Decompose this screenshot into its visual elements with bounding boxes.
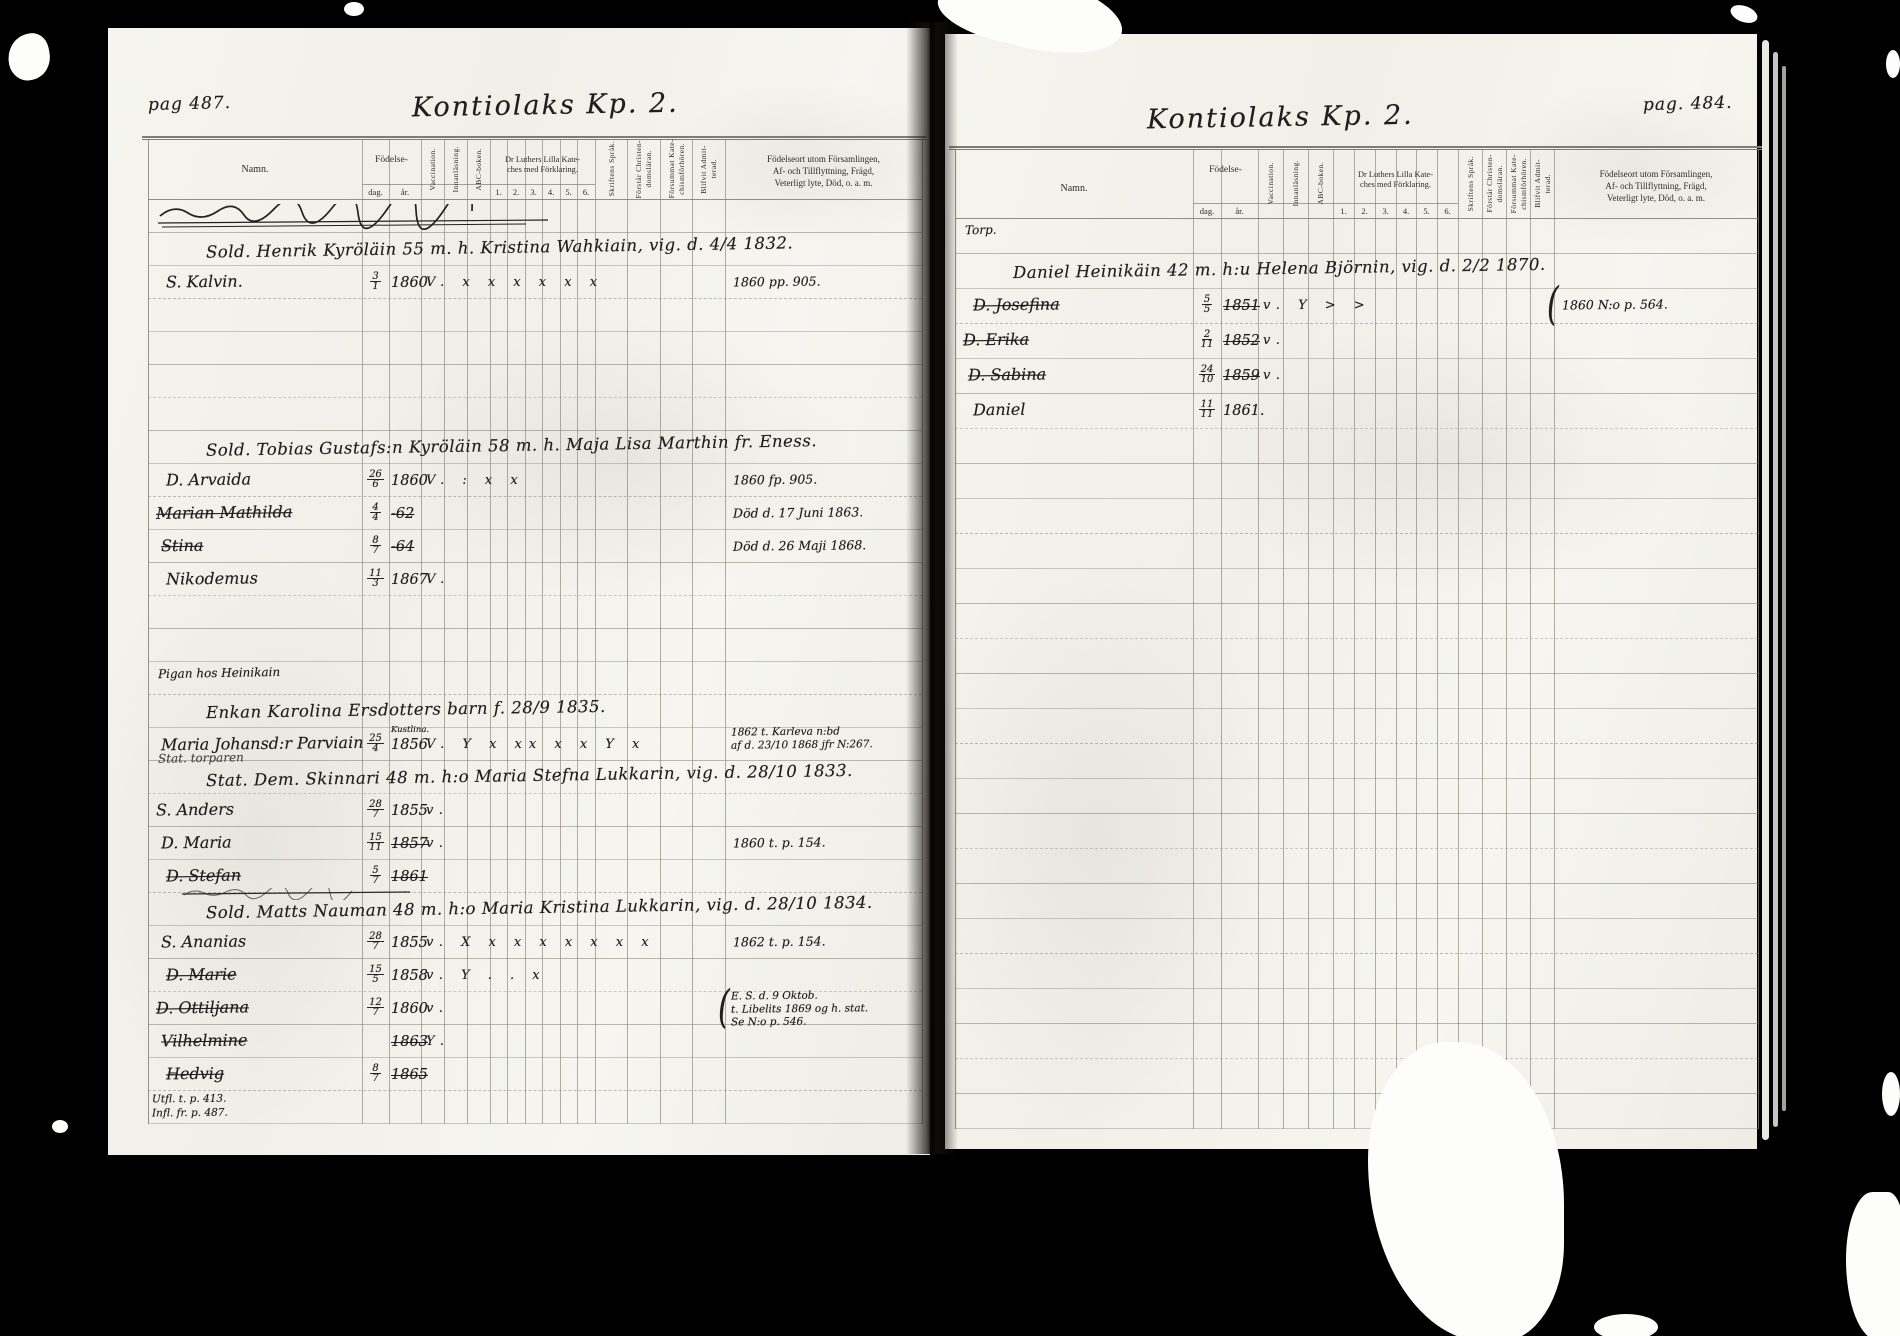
family-header-row: Stat. Dem. Skinnari 48 m. h:o Maria Stef… [206,761,853,790]
scan-artifact [1886,50,1900,78]
row-rule [955,883,1758,884]
note-text: 1862 t. p. 154. [733,934,826,950]
scan-artifact [4,30,55,84]
examination-marks: V. x x x x x x [426,275,604,290]
header-vertical-label: Förstår Christen-domsläran. [627,142,660,196]
examination-marks: V. : x x [426,473,525,488]
header-vertical-label: Förstår Christen-domsläran. [1482,152,1506,215]
birth-year-value: 1861. [1223,403,1265,419]
birth-day-value: 266 [363,470,388,489]
family-header-row: Enkan Karolina Ersdotters barn f. 28/9 1… [206,697,606,722]
header-birth-label: Födelse- [1193,162,1258,178]
birth-day-value: 31 [363,272,388,291]
row-rule [955,533,1758,535]
book-gutter-shadow [906,22,958,1154]
entry-name: S. Ananias [161,931,246,951]
entry-name: S. Kalvin. [166,272,243,292]
row-rule [955,323,1758,325]
birth-day-value: 55 [1194,295,1220,314]
entry-name: D. Maria [161,833,232,853]
header-catechism-number: 2. [1354,203,1375,219]
header-birth-year-label: år. [389,184,421,200]
entry-name: S. Anders [156,800,234,820]
header-top-rule [142,136,926,138]
header-vertical-label: Innanläsning. [1283,152,1308,215]
birth-year-value: 1863 [391,1034,428,1050]
header-vertical-label: Innanläsning. [444,142,467,196]
note-brace: ( [1547,278,1559,331]
small-annotation: Torp. [965,223,997,238]
examination-marks: V. [426,572,451,587]
column-rule [660,140,661,1124]
header-vertical-label-text: chismförhören. [1519,158,1528,210]
header-name-label: Namn. [955,177,1193,201]
column-rule [627,140,628,1124]
note-text: 1860 N:o p. 564. [1562,296,1668,312]
row-rule [955,953,1758,955]
header-catechism-number: 6. [577,184,595,200]
header-birth-label: Födelse- [362,152,421,168]
row-rule [148,1123,922,1124]
left-page: pag 487. Kontiolaks Kp. 2. Namn.Födelse-… [108,28,930,1155]
scan-artifact [1846,1192,1900,1336]
row-rule [955,393,1758,394]
row-rule [148,364,922,365]
note-text: Död d. 17 Juni 1863. [733,504,863,520]
entry-name: D. Stefan [166,866,241,886]
row-rule [148,529,922,530]
header-name-label: Namn. [148,158,362,182]
row-rule [955,1023,1758,1024]
page-edge-strip [1762,40,1769,1140]
header-vertical-label-text: Vaccination. [1266,162,1275,205]
row-rule [955,918,1758,919]
header-top-rule [949,149,1762,150]
row-rule [955,428,1758,430]
row-rule [148,661,922,662]
birth-year-value: 1857 [391,836,428,852]
row-rule [148,463,922,464]
examination-marks: v. [1263,333,1287,348]
birth-year-value: 1856 [391,737,428,753]
note-text: 1860 t. p. 154. [733,835,826,851]
row-rule [148,859,922,860]
birth-year-value: 1855 [391,803,428,819]
examination-marks: v. [426,803,450,818]
birth-day-value: 211 [1194,330,1220,349]
birth-year-value: 1860 [391,275,428,291]
note-brace: ( [718,981,730,1034]
page-edge-strip [1782,66,1786,1111]
entry-name: D. Marie [166,965,237,985]
header-catechism-label: Dr Luthers Lilla Kate-ches med Förklarin… [491,148,594,182]
column-rule [389,140,390,1124]
row-rule [955,498,1758,499]
entry-name: Vilhelmine [161,1030,248,1050]
row-rule [148,694,922,696]
header-vertical-label-text: Skriftens Språk. [1466,156,1475,211]
illegible-place-scrawl [156,204,556,230]
header-vertical-label: ABC-boken. [1308,152,1333,215]
header-vertical-label-text: Innanläsning. [451,146,460,192]
header-catechism-number: 6. [1437,203,1458,219]
marginal-note-line: Infl. fr. p. 487. [152,1107,228,1120]
header-birth-year-label: år. [1221,203,1258,219]
right-page: pag. 484. Kontiolaks Kp. 2. Namn.Födelse… [945,34,1757,1149]
scan-artifact [344,2,364,16]
entry-name: D. Erika [963,330,1029,350]
birth-day-value: 113 [363,569,388,588]
row-rule [148,232,922,233]
column-rule [1758,150,1759,1129]
row-rule [955,813,1758,814]
birth-day-value: 87 [363,1064,388,1083]
birth-day-value: 1111 [1194,400,1220,419]
header-birth-day-label: dag. [1193,203,1221,219]
header-catechism-number: 3. [1375,203,1396,219]
row-rule [148,496,922,498]
row-rule [148,562,922,563]
row-rule [148,397,922,399]
header-catechism-number: 1. [490,184,507,200]
header-vertical-label-text: ABC-boken. [474,148,483,191]
row-rule [148,628,922,629]
note-text-line: 1862 t. Karleva n:bd [731,725,840,738]
examination-marks: v. Y > > [1263,298,1372,313]
header-vertical-label: Skriftens Språk. [595,142,627,196]
entry-name: Hedvig [166,1064,224,1084]
header-vertical-label: Vaccination. [1258,152,1283,215]
column-rule [148,140,149,1124]
birth-year-value: 1861 [391,869,428,885]
birth-year-value: 1860 [391,473,428,489]
birth-year-value: 1865 [391,1067,428,1083]
row-rule [955,1058,1758,1060]
row-rule [955,1093,1758,1094]
examination-marks: v. [426,1001,450,1016]
row-rule [148,826,922,827]
row-rule [955,778,1758,779]
header-catechism-label: Dr Luthers Lilla Kate-ches med Förklarin… [1334,158,1457,201]
header-vertical-label: Blifvit Admit-terad. [692,142,725,196]
birth-year-value: 1860 [391,1001,428,1017]
row-rule [955,358,1758,359]
scan-artifact [1594,1314,1658,1336]
row-rule [955,253,1758,254]
entry-name: D. Josefina [973,294,1060,314]
row-rule [148,265,922,266]
examination-marks: v. [426,836,450,851]
birth-year-annotation: Kustlina. [391,725,429,735]
row-rule [148,1090,922,1092]
header-vertical-label-text: chismförhören. [677,143,686,195]
note-text-line: t. Libelits 1869 og h. stat. [731,1002,868,1015]
row-rule [148,595,922,597]
header-catechism-number: 1. [1333,203,1354,219]
header-vertical-label: Vaccination. [421,142,444,196]
note-text: 1860 pp. 905. [733,274,821,290]
header-notes-label: Födelseort utom Församlingen,Af- och Til… [727,148,920,194]
entry-name: Nikodemus [166,568,258,588]
header-vertical-label-text: Blifvit Admit- [1533,159,1542,208]
right-register-table: Namn.Födelse-dag.år.Vaccination.Innanläs… [945,34,1757,1149]
small-annotation: Pigan hos Heinikain [158,665,280,681]
scan-artifact [1882,1072,1900,1116]
row-rule [955,1128,1758,1129]
header-catechism-number: 4. [542,184,560,200]
row-rule [955,288,1758,289]
row-rule [955,568,1758,569]
birth-year-value: 1855 [391,935,428,951]
header-vertical-label: Blifvit Admit-terad. [1530,152,1554,215]
birth-day-value: 87 [363,536,388,555]
scanned-register-spread: { "book": { "header_template": { "name_l… [0,0,1900,1336]
row-rule [955,743,1758,745]
birth-day-value: 127 [363,998,388,1017]
row-rule [148,925,922,926]
birth-day-value: 287 [363,932,388,951]
header-vertical-label-text: Förstår Christen- [1485,154,1494,212]
family-header-row: Sold. Henrik Kyröläin 55 m. h. Kristina … [206,233,793,261]
examination-marks: v. [1263,368,1287,383]
header-birth-day-label: dag. [362,184,389,200]
examination-marks: V. Y x xx x x Y x [426,737,646,752]
note-text-line: E. S. d. 9 Oktob. [731,990,818,1003]
birth-year-value: 1859 [1223,368,1260,384]
header-vertical-label-text: ABC-boken. [1316,162,1325,205]
birth-year-value: -64 [391,539,414,555]
row-rule [148,298,922,300]
row-rule [955,463,1758,464]
header-vertical-label: Försummat Kate-chismförhören. [1506,152,1530,215]
note-text-line: Se N:o p. 546. [731,1016,807,1029]
entry-name: Marian Mathilda [156,502,293,523]
birth-day-value: 57 [363,866,388,885]
header-vertical-label-text: terad. [709,159,718,178]
header-catechism-number: 2. [507,184,525,200]
header-vertical-label-text: Förstår Christen- [634,140,643,198]
header-top-rule [949,146,1762,148]
header-vertical-label: Försummat Kate-chismförhören. [660,142,692,196]
header-vertical-label-text: Blifvit Admit- [699,145,708,194]
header-vertical-label-text: terad. [1543,174,1552,193]
scan-artifact [1728,2,1760,27]
header-vertical-label: Skriftens Språk. [1458,152,1482,215]
note-text-line: af d. 23/10 1868 jfr N:267. [731,738,873,751]
header-notes-label: Födelseort utom Församlingen,Af- och Til… [1556,158,1756,213]
row-rule [148,958,922,959]
header-vertical-label-text: Försummat Kate- [667,139,676,198]
header-catechism-number: 3. [525,184,542,200]
entry-name: D. Arvaida [166,469,251,489]
header-vertical-label-text: Innanläsning. [1291,160,1300,206]
birth-day-value: 287 [363,800,388,819]
entry-name: D. Sabina [968,365,1046,385]
row-rule [955,603,1758,604]
header-vertical-label-text: Vaccination. [428,148,437,191]
birth-day-value: 1511 [363,833,388,852]
header-vertical-label: ABC-boken. [467,142,490,196]
entry-name: D. Ottiljana [156,997,249,1017]
row-rule [148,331,922,332]
note-text: 1860 fp. 905. [733,472,817,488]
entry-name: Stina [161,536,204,556]
examination-marks: Y. [426,1034,451,1049]
birth-year-value: 1858 [391,968,428,984]
header-catechism-number: 5. [560,184,577,200]
birth-year-value: -62 [391,506,414,522]
row-rule [148,793,922,795]
column-rule [692,140,693,1124]
birth-year-value: 1867 [391,572,428,588]
entry-name: Daniel [973,400,1026,420]
birth-day-value: 155 [363,965,388,984]
row-rule [955,988,1758,989]
birth-year-value: 1852 [1223,333,1260,349]
header-vertical-label-text: domsläran. [644,150,653,188]
row-rule [955,638,1758,640]
row-rule [955,848,1758,850]
struck-scrawl [182,887,412,899]
birth-day-value: 2410 [1194,365,1220,384]
marginal-note-line: Utfl. t. p. 413. [152,1093,227,1106]
family-header-row: Daniel Heinikäin 42 m. h:u Helena Björni… [1013,255,1546,282]
scan-artifact [52,1120,68,1133]
row-rule [955,708,1758,709]
row-rule [955,673,1758,674]
header-vertical-label-text: Försummat Kate- [1509,154,1518,213]
examination-marks: v. Y . . x [426,968,547,983]
small-annotation: Stat. torparen [158,750,244,765]
note-text: Död d. 26 Maji 1868. [733,537,866,553]
birth-day-value: 254 [363,734,388,753]
header-top-rule [142,139,926,140]
left-register-table: Namn.Födelse-dag.år.Vaccination.Innanläs… [108,28,930,1155]
header-catechism-number: 5. [1416,203,1437,219]
header-vertical-label-text: domsläran. [1495,165,1504,203]
birth-year-value: 1851 [1223,298,1260,314]
column-rule [725,140,726,1124]
examination-marks: v. X x x x x x x x [426,935,656,950]
page-edge-strip [1773,52,1778,1127]
header-catechism-number: 4. [1396,203,1416,219]
birth-day-value: 44 [363,503,388,522]
header-vertical-label-text: Skriftens Språk. [607,141,616,196]
row-rule [148,1057,922,1058]
